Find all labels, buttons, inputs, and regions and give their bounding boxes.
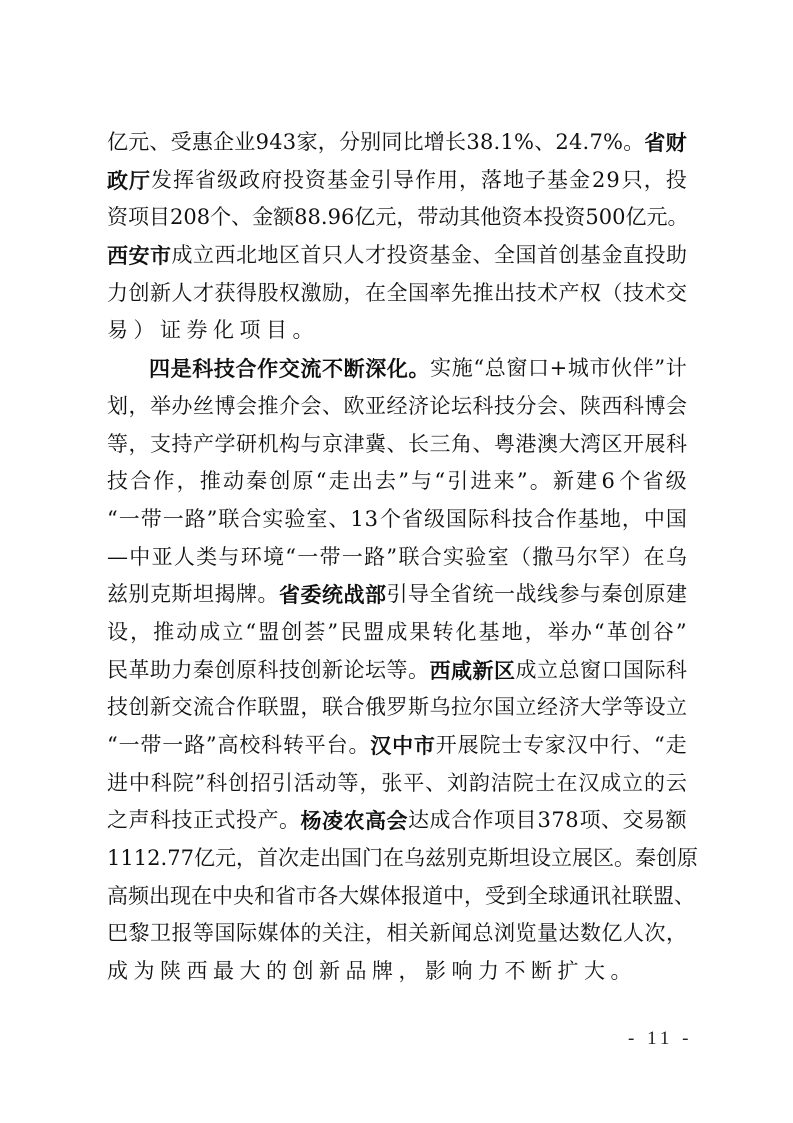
text-line: 力创新人才获得股权激励，在全国率先推出技术产权（技术交 (107, 275, 687, 313)
text-line: 易）证券化项目。 (107, 312, 687, 350)
text-line: 划，举办丝博会推介会、欧亚经济论坛科技分会、陕西科博会 (107, 388, 687, 426)
text-line: “一带一路”联合实验室、13 个省级国际科技合作基地，中国 (107, 501, 687, 539)
text-line: 高频出现在中央和省市各大媒体报道中，受到全球通讯社联盟、 (107, 878, 687, 916)
text-line: 等，支持产学研机构与京津冀、长三角、粤港澳大湾区开展科 (107, 426, 687, 464)
text-line: 进中科院”科创招引活动等，张平、刘韵洁院士在汉成立的云 (107, 765, 687, 803)
text-line: 亿元、受惠企业 943 家，分别同比增长 38.1%、24.7%。省财 (107, 124, 687, 162)
text-line: 之声科技正式投产。杨凌农高会达成合作项目 378 项、交易额 (107, 802, 687, 840)
text-line: 兹别克斯坦揭牌。省委统战部引导全省统一战线参与秦创原建 (107, 576, 687, 614)
text-line: 设，推动成立“盟创荟”民盟成果转化基地，举办“革创谷” (107, 614, 687, 652)
text-line: 四是科技合作交流不断深化。实施“总窗口+城市伙伴”计 (107, 350, 687, 388)
text-line: 巴黎卫报等国际媒体的关注，相关新闻总浏览量达数亿人次， (107, 915, 687, 953)
text-line: 政厅发挥省级政府投资基金引导作用，落地子基金 29 只，投 (107, 162, 687, 200)
page-number: - 11 - (628, 1028, 692, 1050)
text-line: “一带一路”高校科转平台。汉中市开展院士专家汉中行、“走 (107, 727, 687, 765)
text-line: 1112.77 亿元，首次走出国门在乌兹别克斯坦设立展区。秦创原 (107, 840, 687, 878)
paragraph: 四是科技合作交流不断深化。实施“总窗口+城市伙伴”计划，举办丝博会推介会、欧亚经… (107, 350, 687, 991)
text-line: 民革助力秦创原科技创新论坛等。西咸新区成立总窗口国际科 (107, 652, 687, 690)
body-text: 亿元、受惠企业 943 家，分别同比增长 38.1%、24.7%。省财政厅发挥省… (107, 124, 687, 991)
paragraph: 亿元、受惠企业 943 家，分别同比增长 38.1%、24.7%。省财政厅发挥省… (107, 124, 687, 350)
text-line: 技创新交流合作联盟，联合俄罗斯乌拉尔国立经济大学等设立 (107, 689, 687, 727)
text-line: 西安市成立西北地区首只人才投资基金、全国首创基金直投助 (107, 237, 687, 275)
text-line: 技合作，推动秦创原“走出去”与“引进来”。新建 6 个省级 (107, 463, 687, 501)
text-line: —中亚人类与环境“一带一路”联合实验室（撒马尔罕）在乌 (107, 539, 687, 577)
text-line: 资项目 208 个、金额 88.96 亿元，带动其他资本投资 500 亿元。 (107, 199, 687, 237)
text-line: 成为陕西最大的创新品牌，影响力不断扩大。 (107, 953, 687, 991)
document-page: 亿元、受惠企业 943 家，分别同比增长 38.1%、24.7%。省财政厅发挥省… (0, 0, 793, 1123)
